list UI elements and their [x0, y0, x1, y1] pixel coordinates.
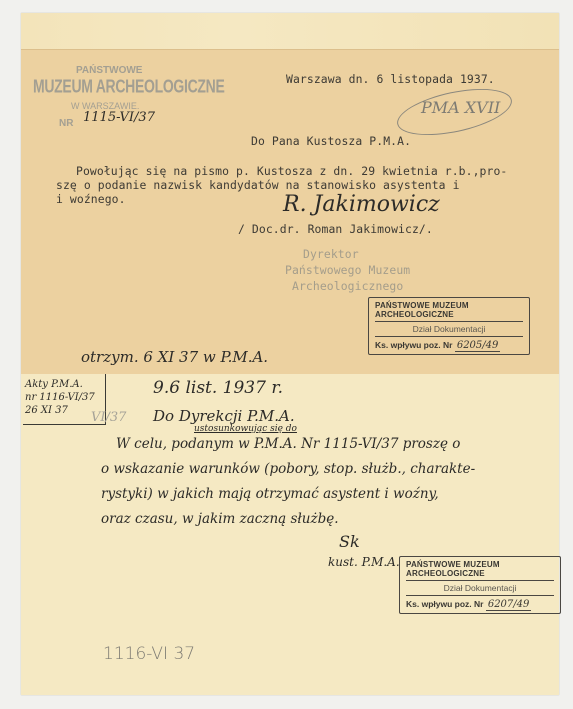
museum-stamp-line2: MUZEUM ARCHEOLOGICZNE: [33, 76, 225, 97]
registry-stamp-1-label: Ks. wpływu poz. Nr: [375, 340, 452, 350]
registry-stamp-1-line3: Ks. wpływu poz. Nr 6205/49: [375, 337, 523, 351]
reply-insertion: ustosunkowując się do: [194, 424, 297, 434]
faded-reference: VI/37: [91, 410, 126, 425]
registry-stamp-1-line2: Dział Dokumentacji: [375, 322, 523, 337]
registry-stamp-2-number: 6207/49: [486, 599, 532, 611]
document-paper: PAŃSTWOWE MUZEUM ARCHEOLOGICZNE W WARSZA…: [21, 13, 559, 695]
paper-top-strip: [21, 13, 559, 49]
body-line-3: i woźnego.: [56, 192, 126, 206]
reply-line-1: W celu, podanym w P.M.A. Nr 1115-VI/37 p…: [116, 436, 460, 452]
title-stamp-line2: Państwowego Muzeum: [285, 263, 410, 277]
registry-stamp-2-line1: PAŃSTWOWE MUZEUM ARCHEOLOGICZNE: [406, 560, 554, 581]
title-stamp-line1: Dyrektor: [303, 247, 359, 261]
signature-typed: / Doc.dr. Roman Jakimowicz/.: [238, 222, 433, 236]
addressee: Do Pana Kustosza P.M.A.: [251, 134, 411, 148]
received-note: otrzym. 6 XI 37 w P.M.A.: [81, 348, 268, 366]
typed-letter-sheet: PAŃSTWOWE MUZEUM ARCHEOLOGICZNE W WARSZA…: [21, 49, 559, 375]
museum-stamp-line1: PAŃSTWOWE: [76, 65, 142, 76]
museum-stamp-nr-value: 1115-VI/37: [83, 110, 155, 125]
reply-initials: Sk: [339, 532, 360, 551]
pencil-annotation: PMA XVII: [421, 98, 500, 117]
registry-stamp-1-line1: PAŃSTWOWE MUZEUM ARCHEOLOGICZNE: [375, 301, 523, 322]
registry-stamp-1: PAŃSTWOWE MUZEUM ARCHEOLOGICZNE Dział Do…: [368, 297, 530, 355]
registry-stamp-2: PAŃSTWOWE MUZEUM ARCHEOLOGICZNE Dział Do…: [399, 556, 561, 614]
reply-signature-title: kust. P.M.A.: [328, 555, 400, 569]
reply-line-3: rystyki) w jakich mają otrzymać asystent…: [101, 486, 439, 502]
pencil-bottom-number: 1116-VI 37: [103, 644, 195, 664]
place-date: Warszawa dn. 6 listopada 1937.: [286, 72, 495, 86]
margin-note-line3: 26 XI 37: [25, 404, 95, 417]
body-line-1: Powołując się na pismo p. Kustosza z dn.…: [76, 164, 507, 178]
margin-note-line2: nr 1116-VI/37: [25, 391, 95, 404]
reply-line-4: oraz czasu, w jakim zaczną służbę.: [101, 511, 339, 527]
reply-date: 9.6 list. 1937 r.: [153, 378, 283, 398]
margin-note: Akty P.M.A. nr 1116-VI/37 26 XI 37: [25, 378, 95, 417]
registry-stamp-2-label: Ks. wpływu poz. Nr: [406, 599, 483, 609]
margin-note-line1: Akty P.M.A.: [25, 378, 95, 391]
signature-handwritten: R. Jakimowicz: [283, 192, 440, 217]
body-line-2: szę o podanie nazwisk kandydatów na stan…: [56, 178, 460, 192]
handwritten-reply-sheet: Akty P.M.A. nr 1116-VI/37 26 XI 37 VI/37…: [21, 374, 559, 695]
registry-stamp-2-line2: Dział Dokumentacji: [406, 581, 554, 596]
registry-stamp-1-number: 6205/49: [455, 340, 501, 352]
reply-salutation: Do Dyrekcji P.M.A.: [153, 407, 295, 425]
registry-stamp-2-line3: Ks. wpływu poz. Nr 6207/49: [406, 596, 554, 610]
museum-stamp-nr-label: NR: [59, 118, 73, 129]
title-stamp-line3: Archeologicznego: [292, 279, 403, 293]
reply-line-2: o wskazanie warunków (pobory, stop. służ…: [101, 461, 475, 477]
